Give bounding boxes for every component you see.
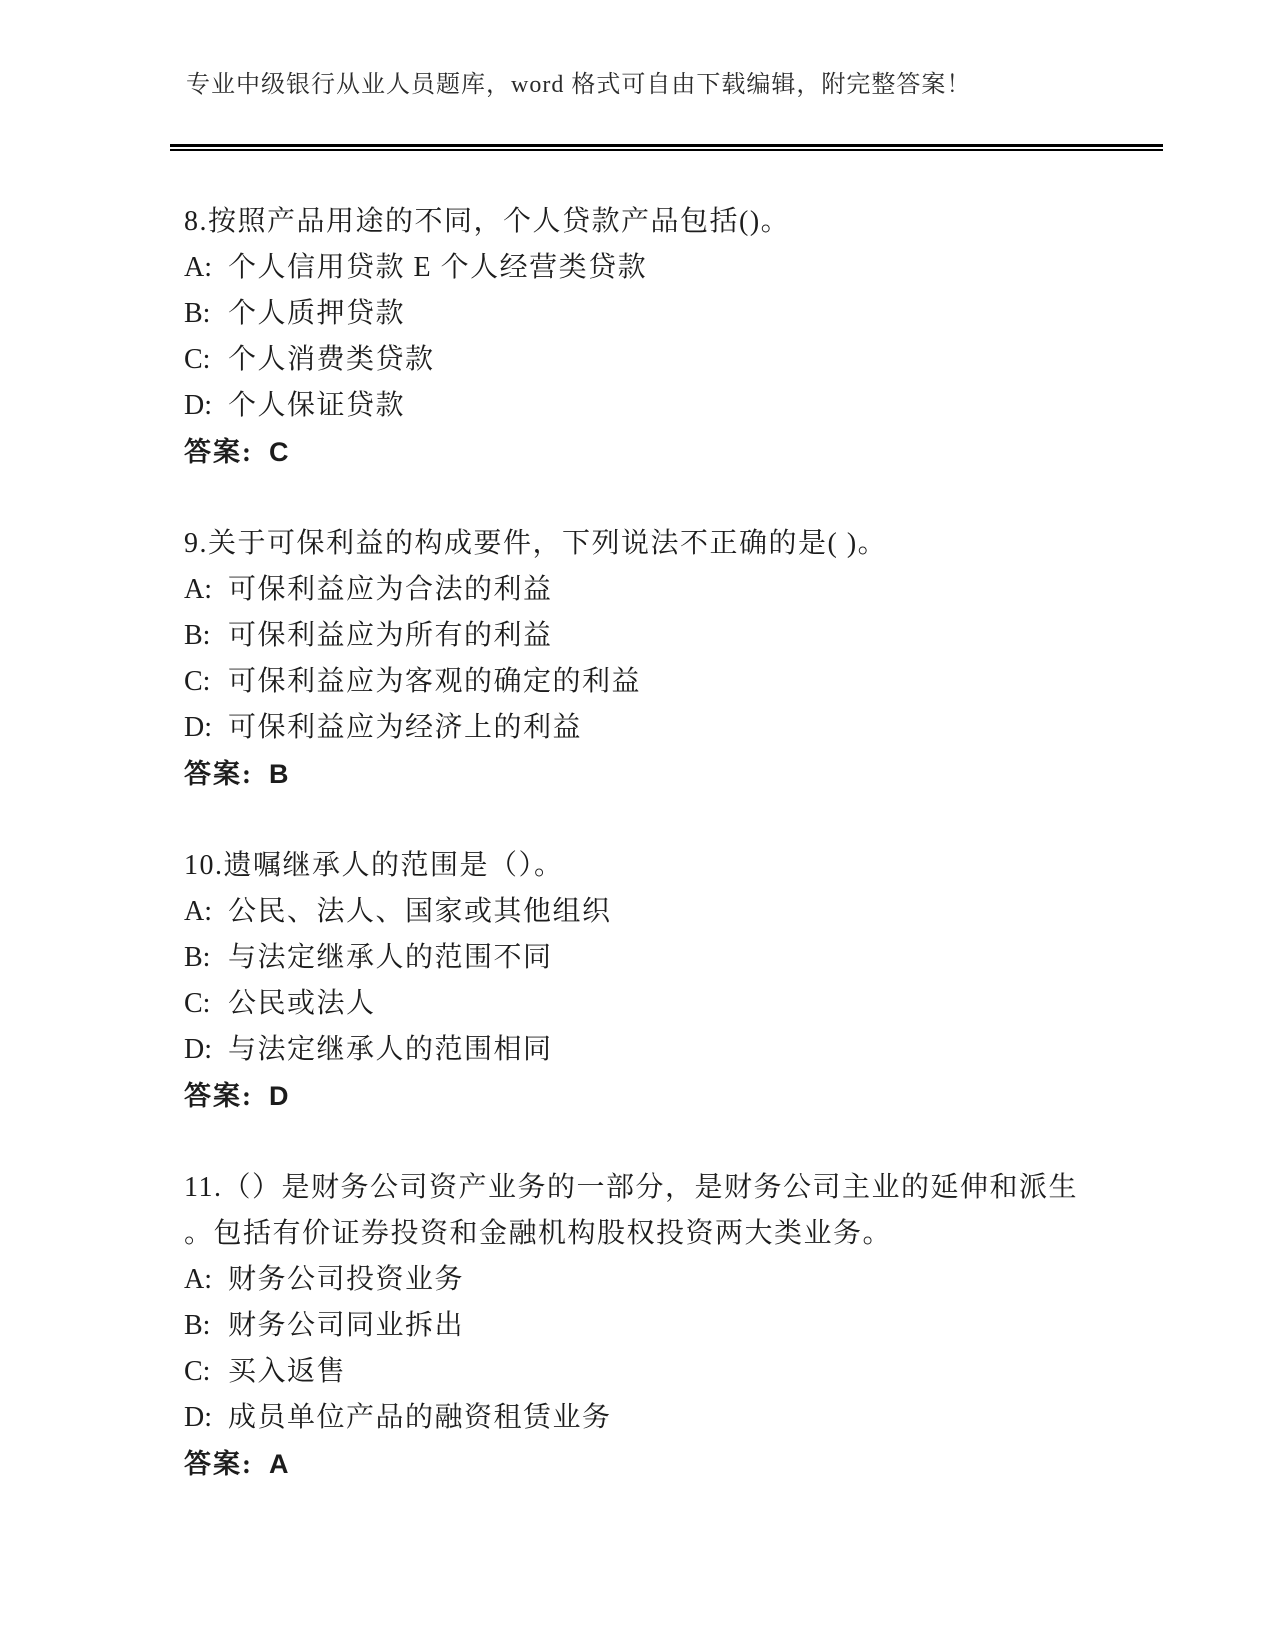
answer-label: 答案: [184,1081,253,1111]
option-label: D: [184,1395,228,1441]
document-body: 8.按照产品用途的不同，个人贷款产品包括()。 A:个人信用贷款 E 个人经营类… [184,199,1189,1533]
answer-row: 答案:A [184,1441,1189,1487]
option-text: 可保利益应为客观的确定的利益 [228,666,641,697]
question-title: 9.关于可保利益的构成要件，下列说法不正确的是( )。 [184,521,1189,567]
option-label: B: [184,935,228,981]
option-text: 公民或法人 [228,988,376,1019]
option-label: C: [184,659,228,705]
option-label: A: [184,1257,228,1303]
option-label: C: [184,1349,228,1395]
question-title: 8.按照产品用途的不同，个人贷款产品包括()。 [184,199,1189,245]
option-row: C:买入返售 [184,1349,1189,1395]
question-block: 8.按照产品用途的不同，个人贷款产品包括()。 A:个人信用贷款 E 个人经营类… [184,199,1189,475]
question-title: 11.（）是财务公司资产业务的一部分，是财务公司主业的延伸和派生 。包括有价证券… [184,1165,1189,1257]
option-text: 个人保证贷款 [228,390,405,421]
option-row: D:个人保证贷款 [184,383,1189,429]
answer-label: 答案: [184,759,253,789]
option-row: B:财务公司同业拆出 [184,1303,1189,1349]
option-text: 个人消费类贷款 [228,344,435,375]
option-label: B: [184,1303,228,1349]
option-label: B: [184,613,228,659]
option-label: C: [184,981,228,1027]
option-row: B:个人质押贷款 [184,291,1189,337]
option-text: 买入返售 [228,1356,346,1387]
option-row: D:成员单位产品的融资租赁业务 [184,1395,1189,1441]
option-row: C:可保利益应为客观的确定的利益 [184,659,1189,705]
answer-row: 答案:B [184,751,1189,797]
document-header-text: 专业中级银行从业人员题库，word 格式可自由下载编辑，附完整答案！ [186,68,1166,102]
option-text: 可保利益应为合法的利益 [228,574,553,605]
option-row: A:个人信用贷款 E 个人经营类贷款 [184,245,1189,291]
answer-value: A [269,1449,291,1479]
option-text: 成员单位产品的融资租赁业务 [228,1402,612,1433]
option-row: A:可保利益应为合法的利益 [184,567,1189,613]
option-row: C:个人消费类贷款 [184,337,1189,383]
option-label: D: [184,705,228,751]
option-text: 公民、法人、国家或其他组织 [228,896,612,927]
option-label: A: [184,245,228,291]
question-title: 10.遗嘱继承人的范围是（）。 [184,843,1189,889]
header-divider-double-line [170,144,1163,151]
option-text: 财务公司同业拆出 [228,1310,464,1341]
option-row: A:财务公司投资业务 [184,1257,1189,1303]
option-row: A:公民、法人、国家或其他组织 [184,889,1189,935]
option-label: A: [184,889,228,935]
option-label: C: [184,337,228,383]
question-block: 10.遗嘱继承人的范围是（）。 A:公民、法人、国家或其他组织 B:与法定继承人… [184,843,1189,1119]
question-block: 9.关于可保利益的构成要件，下列说法不正确的是( )。 A:可保利益应为合法的利… [184,521,1189,797]
option-label: A: [184,567,228,613]
option-text: 个人质押贷款 [228,298,405,329]
option-row: C:公民或法人 [184,981,1189,1027]
option-text: 财务公司投资业务 [228,1264,464,1295]
answer-value: D [269,1081,291,1111]
option-label: D: [184,1027,228,1073]
option-row: B:可保利益应为所有的利益 [184,613,1189,659]
option-label: D: [184,383,228,429]
option-text: 与法定继承人的范围相同 [228,1034,553,1065]
question-block: 11.（）是财务公司资产业务的一部分，是财务公司主业的延伸和派生 。包括有价证券… [184,1165,1189,1487]
answer-label: 答案: [184,1449,253,1479]
answer-label: 答案: [184,437,253,467]
answer-row: 答案:D [184,1073,1189,1119]
option-text: 个人信用贷款 E 个人经营类贷款 [228,252,647,283]
option-text: 可保利益应为所有的利益 [228,620,553,651]
answer-row: 答案:C [184,429,1189,475]
option-row: D:与法定继承人的范围相同 [184,1027,1189,1073]
option-label: B: [184,291,228,337]
option-text: 可保利益应为经济上的利益 [228,712,582,743]
answer-value: B [269,759,291,789]
option-row: D:可保利益应为经济上的利益 [184,705,1189,751]
document-page: 专业中级银行从业人员题库，word 格式可自由下载编辑，附完整答案！ 8.按照产… [0,0,1275,1650]
option-text: 与法定继承人的范围不同 [228,942,553,973]
option-row: B:与法定继承人的范围不同 [184,935,1189,981]
answer-value: C [269,437,291,467]
